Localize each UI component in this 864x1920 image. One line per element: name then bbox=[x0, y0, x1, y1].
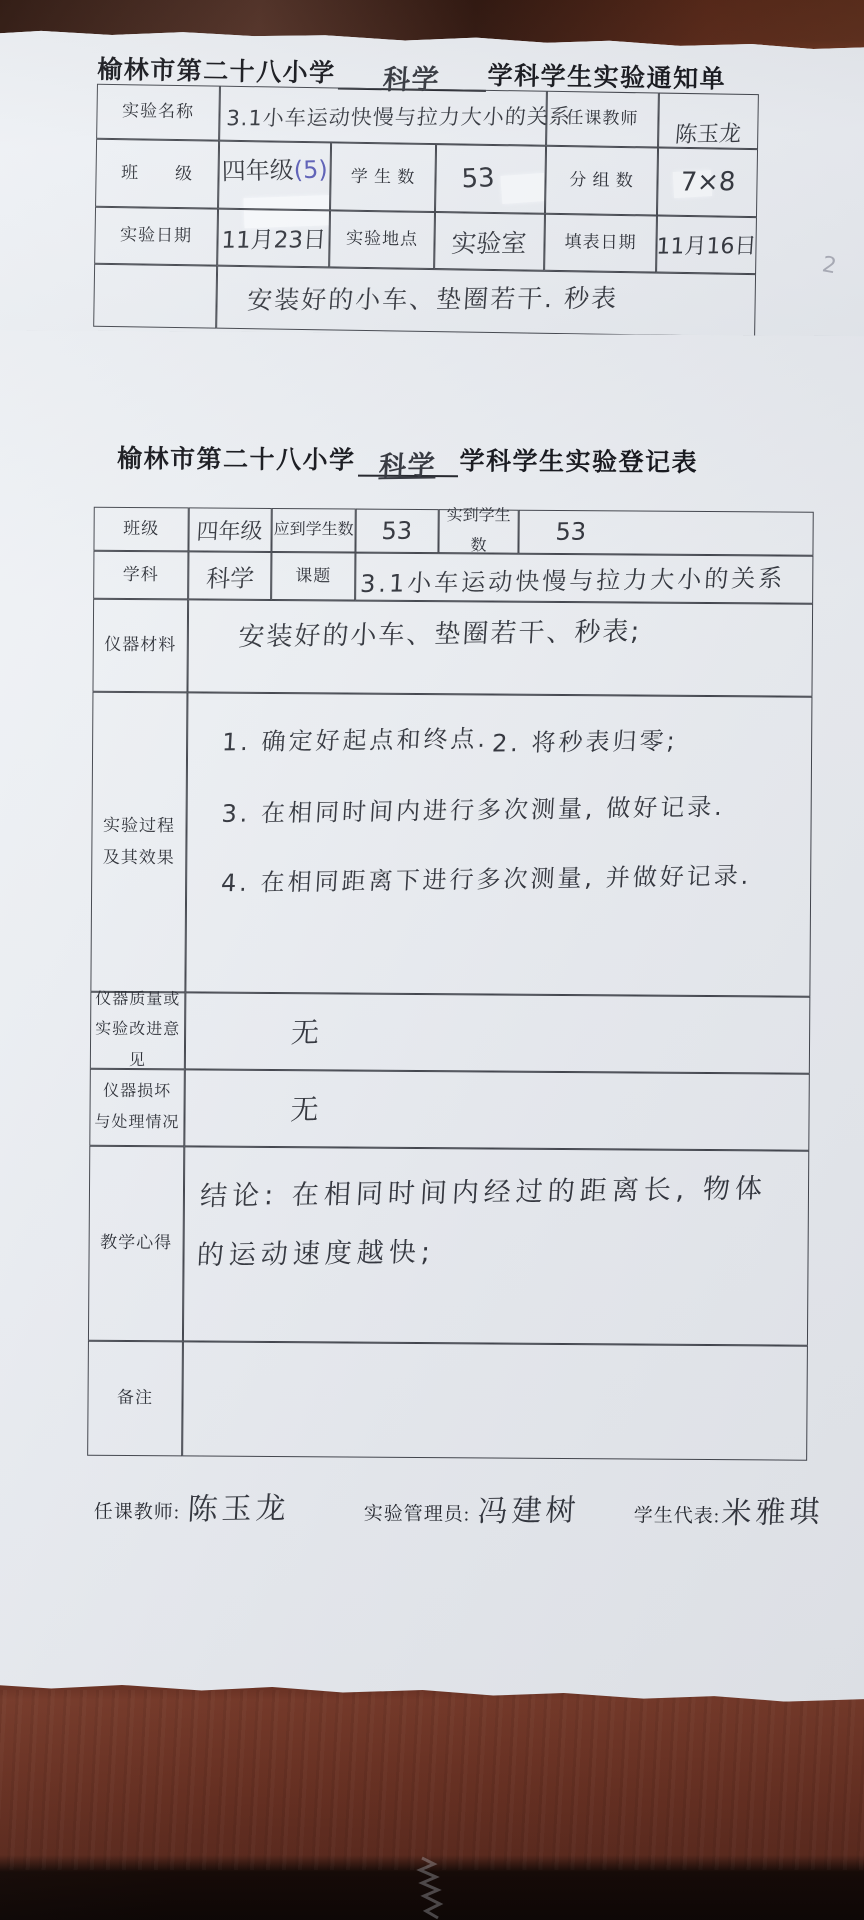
signature-lab-manager-name: 冯建树 bbox=[477, 1485, 581, 1530]
signature-teacher-label: 任课教师: bbox=[94, 1497, 180, 1525]
form2-materials-value-cell: 安装好的小车、垫圈若干、秒表; bbox=[187, 599, 813, 696]
form2-notes-label-cell: 备注 bbox=[87, 1341, 183, 1457]
process-step-4: 4. 在相同距离下进行多次测量, 并做好记录. bbox=[220, 856, 752, 898]
materials-label: 仪器材料 bbox=[104, 629, 176, 662]
process-step-3: 3. 在相同时间内进行多次测量, 做好记录. bbox=[221, 787, 726, 829]
form2-expected-value-cell: 53 bbox=[355, 509, 438, 554]
students-label: 学 生 数 bbox=[351, 161, 416, 194]
form2-topic-value-cell: 3.1小车运动快慢与拉力大小的关系 bbox=[355, 553, 813, 604]
materials-value: 安装好的小车、垫圈若干、秒表; bbox=[188, 599, 643, 654]
form1-fill-date-value-cell: 11月16日 bbox=[656, 216, 757, 275]
class-section: (5) bbox=[293, 155, 328, 184]
fill-date-value: 11月16日 bbox=[656, 229, 758, 261]
form2-class-label-cell: 班级 bbox=[93, 507, 188, 552]
form1-table: 实验名称 3.1小车运动快慢与拉力大小的关系 任课教师 陈玉龙 班 级 四年级(… bbox=[93, 84, 759, 337]
signature-teacher: 任课教师: 陈玉龙 bbox=[94, 1483, 291, 1528]
subject-value: 科学 bbox=[205, 558, 255, 594]
location-value: 实验室 bbox=[451, 223, 528, 259]
registration-form-paper: 榆林市第二十八小学科学学科学生实验登记表 班级 四年级 应到学生数 53 实到学… bbox=[0, 330, 864, 1714]
form1-exp-date-value-cell: 11月23日 bbox=[217, 209, 330, 268]
form2-quality-label-cell: 仪器质量或 实验改进意见 bbox=[90, 992, 186, 1070]
form1-class-value-cell: 四年级(5) bbox=[218, 141, 331, 211]
topic-value: 3.1小车运动快慢与拉力大小的关系 bbox=[355, 558, 786, 599]
form1-groups-value-cell: 7×8 bbox=[657, 148, 758, 218]
quality-value: 无 bbox=[185, 1010, 320, 1052]
form2-reflection-value-cell: 结论: 在相同时间内经过的距离长, 物体 的运动速度越快; bbox=[183, 1146, 809, 1345]
groups-value: 7×8 bbox=[679, 167, 736, 197]
form2-materials-label-cell: 仪器材料 bbox=[92, 599, 188, 693]
form1-students-value-cell: 53 bbox=[435, 144, 546, 214]
damage-value: 无 bbox=[184, 1087, 319, 1129]
notification-form-paper: 榆林市第二十八小学科学学科学生实验通知单 实验名称 3.1小车运动快慢与拉力大小… bbox=[0, 18, 864, 376]
form2-subject-blank: 科学 bbox=[358, 448, 458, 478]
signature-student-rep-name: 米雅琪 bbox=[721, 1487, 825, 1532]
form2-reflection-label-cell: 教学心得 bbox=[88, 1146, 184, 1342]
signature-lab-manager: 实验管理员: 冯建树 bbox=[364, 1485, 581, 1531]
process-label: 实验过程 及其效果 bbox=[103, 810, 175, 875]
signature-student-rep-label: 学生代表: bbox=[634, 1501, 720, 1529]
signature-teacher-name: 陈玉龙 bbox=[187, 1483, 291, 1528]
form2-actual-value-cell: 53 bbox=[518, 510, 813, 556]
form2-expected-label-cell: 应到学生数 bbox=[271, 508, 355, 553]
damage-label: 仪器损坏 与处理情况 bbox=[94, 1077, 179, 1138]
groups-label: 分 组 数 bbox=[569, 164, 634, 197]
form1-title-school: 榆林市第二十八小学 bbox=[97, 57, 336, 88]
class-label: 班 级 bbox=[121, 157, 193, 190]
form2-damage-label-cell: 仪器损坏 与处理情况 bbox=[89, 1069, 185, 1147]
form2-actual-label-cell: 实到学生数 bbox=[438, 509, 518, 554]
experiment-name-label: 实验名称 bbox=[122, 95, 194, 128]
form1-exp-date-label-cell: 实验日期 bbox=[94, 207, 218, 266]
process-steps: 1. 确定好起点和终点. 2. 将秒表归零; 3. 在相同时间内进行多次测量, … bbox=[187, 693, 812, 930]
form2-process-label-cell: 实验过程 及其效果 bbox=[90, 692, 187, 993]
equipment-value: 安装好的小车、垫圈若干. 秒表 bbox=[216, 269, 620, 317]
exp-date-label: 实验日期 bbox=[120, 219, 192, 252]
expected-students-value: 53 bbox=[381, 517, 413, 545]
form1-equipment-value-cell: 安装好的小车、垫圈若干. 秒表 bbox=[216, 266, 756, 337]
form2-subject-value-cell: 科学 bbox=[188, 551, 271, 600]
class-value: 四年级(5) bbox=[221, 149, 328, 186]
form1-teacher-label-cell: 任课教师 bbox=[546, 91, 659, 148]
actual-students-value: 53 bbox=[519, 517, 587, 546]
expected-students-label: 应到学生数 bbox=[273, 515, 353, 546]
pencil-page-mark: 2 bbox=[820, 252, 838, 279]
quality-label: 仪器质量或 实验改进意见 bbox=[91, 985, 185, 1077]
cable-squiggle bbox=[392, 1856, 462, 1920]
topic-label: 课题 bbox=[295, 560, 331, 593]
form2-quality-value-cell: 无 bbox=[185, 992, 811, 1073]
form2-class-value-cell: 四年级 bbox=[188, 507, 271, 552]
form2-subject-label-cell: 学科 bbox=[93, 551, 188, 600]
photo-of-experiment-forms: 榆林市第二十八小学科学学科学生实验通知单 实验名称 3.1小车运动快慢与拉力大小… bbox=[0, 0, 864, 1920]
form1-experiment-name-value-cell: 3.1小车运动快慢与拉力大小的关系 bbox=[219, 86, 547, 146]
form2-title-suffix: 学科学生实验登记表 bbox=[460, 448, 699, 477]
teacher-value: 陈玉龙 bbox=[674, 117, 743, 149]
form1-location-value-cell: 实验室 bbox=[434, 212, 545, 271]
exp-date-value: 11月23日 bbox=[220, 221, 327, 255]
fill-date-label: 填表日期 bbox=[564, 226, 636, 259]
form1-class-label-cell: 班 级 bbox=[95, 139, 219, 209]
form2-title-school: 榆林市第二十八小学 bbox=[117, 446, 356, 475]
signature-lab-manager-label: 实验管理员: bbox=[364, 1499, 470, 1527]
notes-label: 备注 bbox=[117, 1382, 153, 1415]
form1-location-label-cell: 实验地点 bbox=[329, 210, 435, 269]
class-grade: 四年级 bbox=[221, 156, 294, 185]
form2-topic-label-cell: 课题 bbox=[271, 552, 355, 601]
form2-subject-handwritten: 科学 bbox=[378, 453, 437, 481]
reflection-label: 教学心得 bbox=[100, 1227, 172, 1260]
class-label: 班级 bbox=[123, 513, 159, 546]
teacher-label: 任课教师 bbox=[566, 102, 638, 135]
signature-student-rep: 学生代表: 米雅琪 bbox=[634, 1487, 825, 1532]
process-step-1: 1. 确定好起点和终点. bbox=[221, 719, 489, 758]
form2-damage-value-cell: 无 bbox=[184, 1069, 810, 1150]
signature-row: 任课教师: 陈玉龙 实验管理员: 冯建树 学生代表: 米雅琪 bbox=[0, 1482, 864, 1558]
location-label: 实验地点 bbox=[346, 223, 418, 256]
form1-title-suffix: 学科学生实验通知单 bbox=[487, 63, 726, 94]
desk-wood-bottom bbox=[0, 1690, 864, 1870]
form2-table: 班级 四年级 应到学生数 53 实到学生数 53 学科 科学 课题 3.1小车运… bbox=[87, 507, 814, 1461]
experiment-name-value: 3.1小车运动快慢与拉力大小的关系 bbox=[220, 100, 572, 132]
reflection-value: 结论: 在相同时间内经过的距离长, 物体 的运动速度越快; bbox=[181, 1145, 769, 1286]
form1-fill-date-label-cell: 填表日期 bbox=[544, 214, 657, 273]
form2-notes-value-cell bbox=[182, 1341, 808, 1460]
class-value: 四年级 bbox=[196, 514, 264, 546]
form1-teacher-value-cell: 陈玉龙 bbox=[658, 93, 759, 150]
form1-equipment-label-cell bbox=[93, 264, 217, 329]
form2-process-value-cell: 1. 确定好起点和终点. 2. 将秒表归零; 3. 在相同时间内进行多次测量, … bbox=[185, 692, 812, 996]
form1-students-label-cell: 学 生 数 bbox=[330, 142, 436, 212]
process-step-2: 2. 将秒表归零; bbox=[491, 721, 679, 759]
form1-experiment-name-label-cell: 实验名称 bbox=[96, 84, 220, 141]
form2-title: 榆林市第二十八小学科学学科学生实验登记表 bbox=[117, 439, 698, 479]
students-value: 53 bbox=[461, 163, 495, 194]
form1-groups-label-cell: 分 组 数 bbox=[545, 146, 658, 216]
subject-label: 学科 bbox=[123, 559, 159, 592]
